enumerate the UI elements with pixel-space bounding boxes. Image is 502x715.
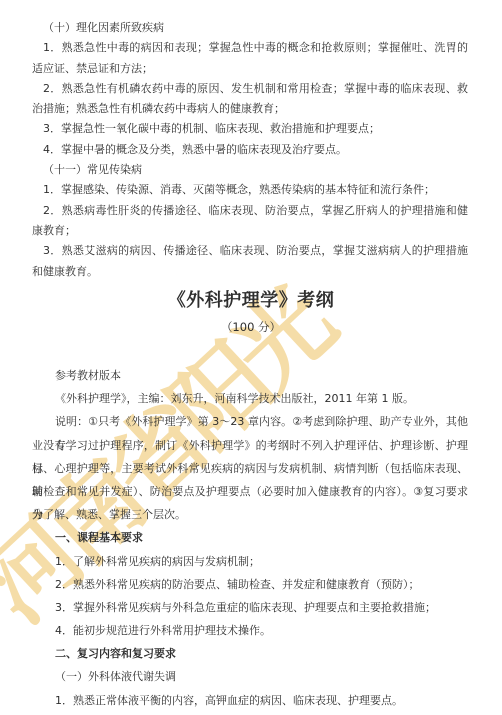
text-line: 参考教材版本 xyxy=(32,364,468,387)
text-line: （十一）常见传染病 xyxy=(32,160,468,180)
text-line: 2．熟悉病毒性肝炎的传播途径、临床表现、防治要点，掌握乙肝病人的护理措施和健 xyxy=(32,201,468,221)
text-line: 1．熟悉正常体液平衡的内容，高钾血症的病因、临床表现、护理要点。 xyxy=(32,689,468,712)
text-line: 业没有学习过护理程序，制订《外科护理学》的考纲时不列入护理评估、护理诊断、护理目 xyxy=(32,434,468,457)
text-line: 康教育； xyxy=(32,221,468,241)
text-line: 4．掌握中暑的概念及分类，熟悉中暑的临床表现及治疗要点。 xyxy=(32,140,468,160)
text-line: 1．了解外科常见疾病的病因与发病机制； xyxy=(32,550,468,573)
text-line: 为了解、熟悉、掌握三个层次。 xyxy=(32,503,468,526)
text-line: 3．熟悉艾滋病的病因、传播途径、临床表现、防治要点，掌握艾滋病病人的护理措施 xyxy=(32,241,468,261)
section-internal-medicine-outline: （十）理化因素所致疾病1．熟悉急性中毒的病因和表现；掌握急性中毒的概念和抢救原则… xyxy=(32,18,468,282)
text-line: 说明：①只考《外科护理学》第 3～23 章内容。②考虑到除护理、助产专业外，其他… xyxy=(32,410,468,433)
text-line: 和健康教育。 xyxy=(32,262,468,282)
score-subtitle: （100 分） xyxy=(0,319,502,335)
text-line: 1．熟悉急性中毒的病因和表现；掌握急性中毒的概念和抢救原则；掌握催吐、洗胃的 xyxy=(32,38,468,58)
text-line: （十）理化因素所致疾病 xyxy=(32,18,468,38)
text-line: 治措施；熟悉急性有机磷农药中毒病人的健康教育； xyxy=(32,99,468,119)
text-line: 4．能初步规范进行外科常用护理技术操作。 xyxy=(32,619,468,642)
text-line: 二、复习内容和复习要求 xyxy=(32,642,468,665)
text-line: 适应证、禁忌证和方法； xyxy=(32,59,468,79)
document-page: 河南省阳光 （十）理化因素所致疾病1．熟悉急性中毒的病因和表现；掌握急性中毒的概… xyxy=(0,0,502,715)
section-surgical-nursing-outline: 参考教材版本《外科护理学》，主编：刘东升，河南科学技术出版社，2011 年第 1… xyxy=(32,364,468,712)
text-line: 标、心理护理等，主要考试外科常见疾病的病因与发病机制、病情判断（包括临床表现、辅 xyxy=(32,457,468,480)
text-line: 2．熟悉急性有机磷农药中毒的原因、发生机制和常用检查；掌握中毒的临床表现、救 xyxy=(32,79,468,99)
text-line: 1．掌握感染、传染源、消毒、灭菌等概念，熟悉传染病的基本特征和流行条件； xyxy=(32,180,468,200)
text-line: 3．掌握急性一氧化碳中毒的机制、临床表现、救治措施和护理要点； xyxy=(32,119,468,139)
text-line: 助检查和常见并发症）、防治要点及护理要点（必要时加入健康教育的内容）。③复习要求… xyxy=(32,480,468,503)
text-line: 3．掌握外科常见疾病与外科急危重症的临床表现、护理要点和主要抢救措施； xyxy=(32,596,468,619)
text-line: 一、课程基本要求 xyxy=(32,526,468,549)
page-title: 《外科护理学》考纲 xyxy=(0,286,502,312)
text-line: 2．熟悉外科常见疾病的防治要点、辅助检查、并发症和健康教育（预防）； xyxy=(32,573,468,596)
text-line: （一）外科体液代谢失调 xyxy=(32,665,468,688)
text-line: 《外科护理学》，主编：刘东升，河南科学技术出版社，2011 年第 1 版。 xyxy=(32,387,468,410)
